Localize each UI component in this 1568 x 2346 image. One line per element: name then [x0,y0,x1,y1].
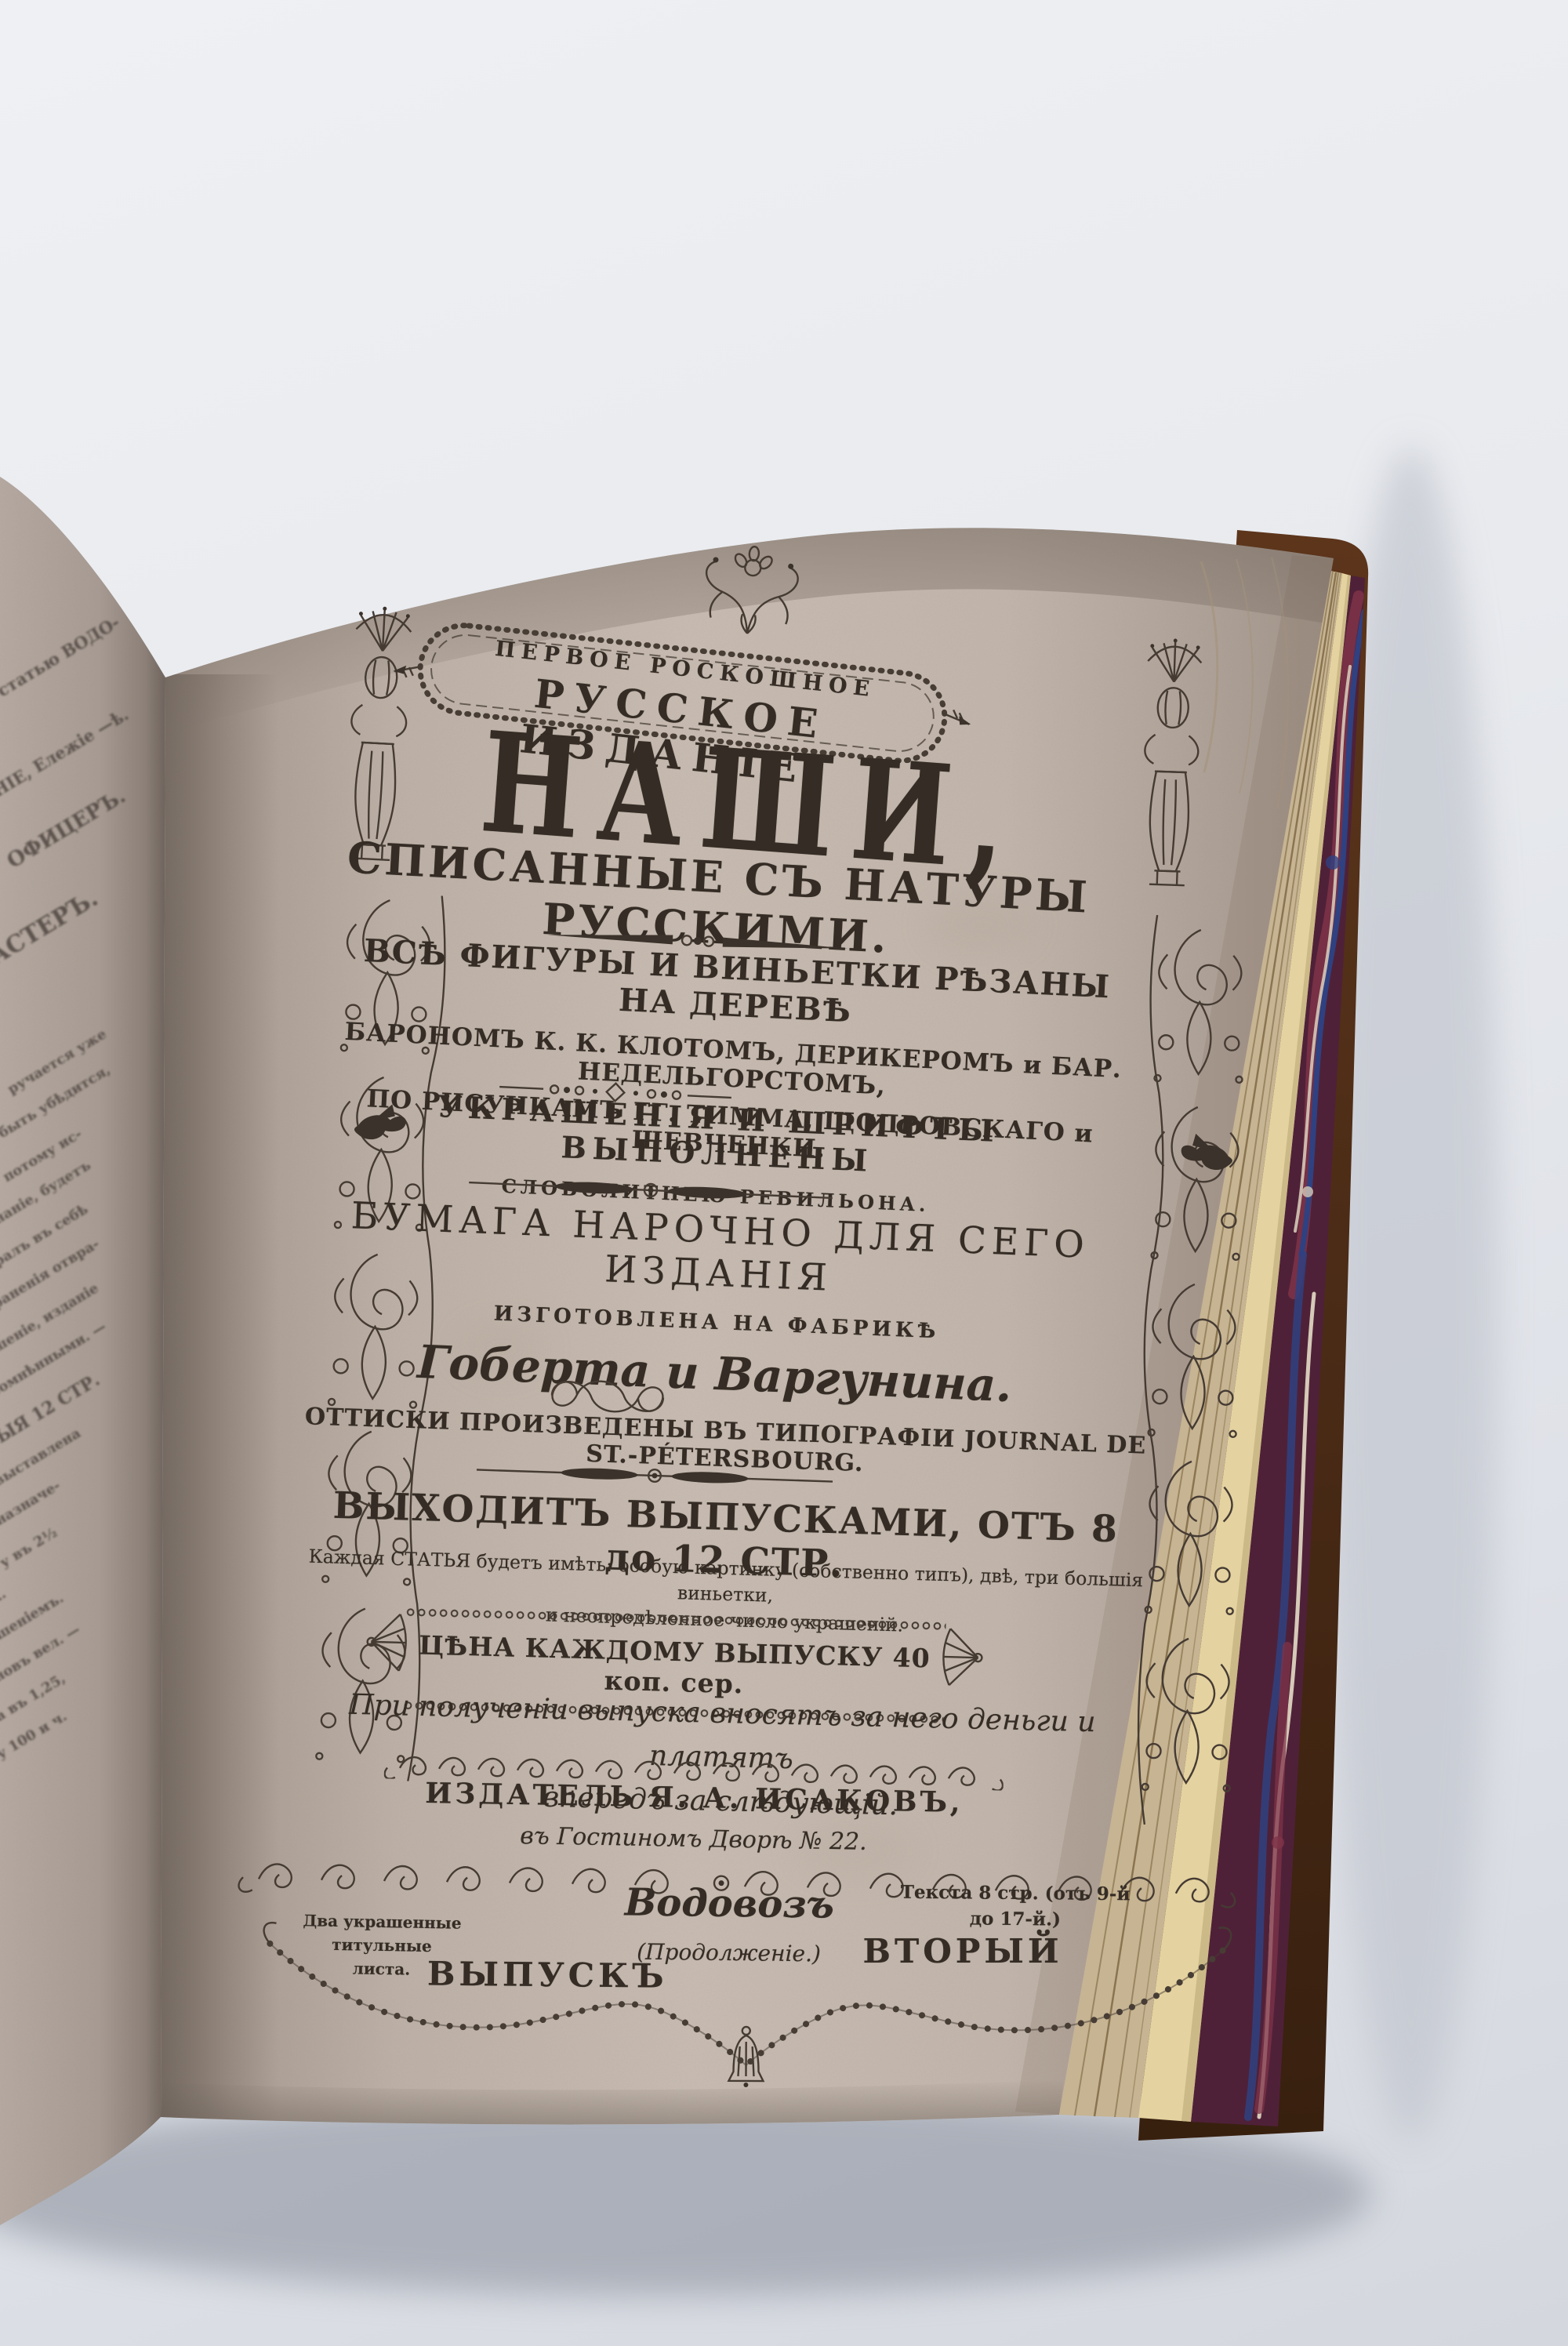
swag-garland-icon [258,1901,1239,2095]
paper-credits: БУМАГА НАРОЧНО ДЛЯ СЕГО ИЗДАНІЯ ИЗГОТОВЛ… [318,1193,1117,1416]
bell-icon [728,2027,763,2087]
border-column-right [1131,915,1264,1826]
issue-word-vtoroy: ВТОРЫЙ [861,1932,1065,1970]
issue-word-vypusk: ВЫПУСКЪ [427,1955,647,1996]
pillar-ornament-right-icon [1123,630,1220,908]
bird-icon [1181,1134,1232,1171]
publisher-block: ИЗДАТЕЛЬ Я. А. ИСАКОВЪ, въ Гостиномъ Дво… [383,1776,1004,1858]
fan-ornament-icon [365,1607,408,1677]
book-photo: статью ВОДО- НІЕ, Ележіе —ѣ. ОФИЦЕРЪ. АС… [0,0,1568,2346]
fan-ornament-icon [941,1622,985,1692]
footer-right-line1: Текста 8 стр. (отъ 9-й [894,1879,1137,1908]
